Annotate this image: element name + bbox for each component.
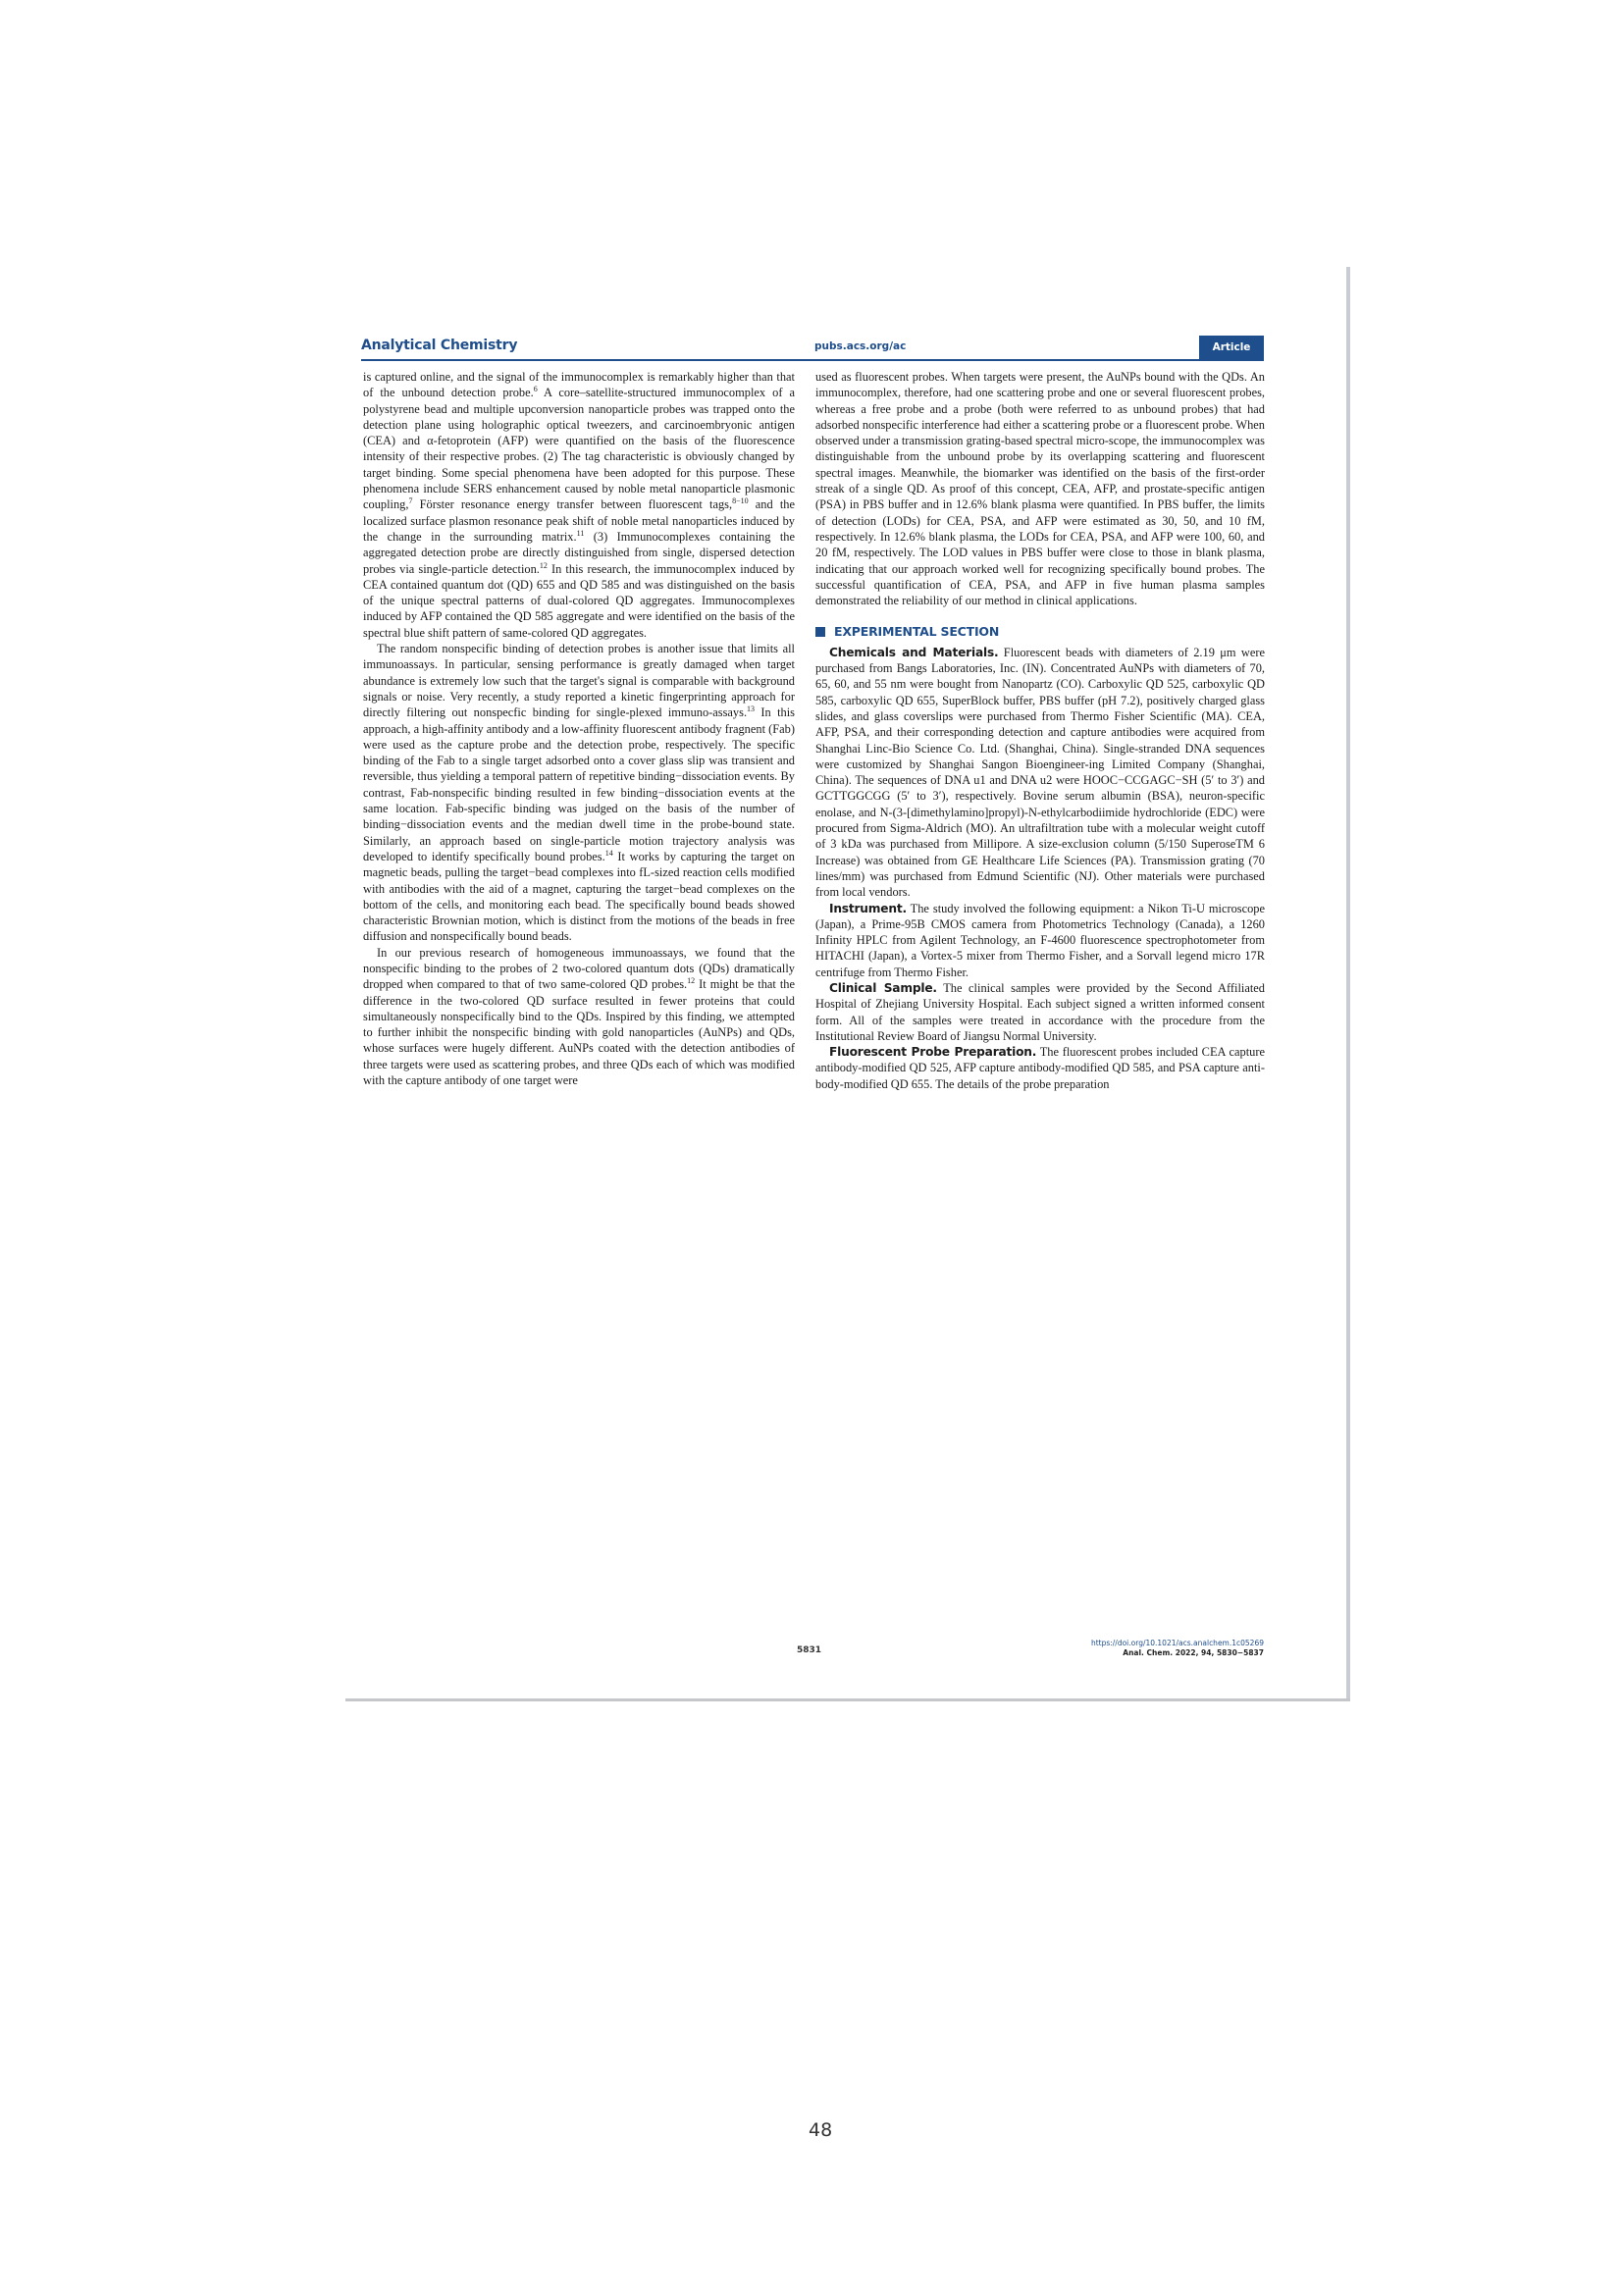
page-frame-right-edge [1346, 267, 1350, 1701]
paragraph: used as fluorescent probes. When targets… [815, 369, 1265, 608]
article-type-badge: Article [1199, 336, 1264, 359]
paragraph: In our previous research of homogeneous … [363, 945, 795, 1089]
left-column: is captured online, and the signal of th… [363, 369, 795, 1088]
subsection-title: Instrument. [829, 902, 907, 915]
paragraph: is captured online, and the signal of th… [363, 369, 795, 641]
paragraph: The random nonspecific binding of detect… [363, 641, 795, 945]
doi-link[interactable]: https://doi.org/10.1021/acs.analchem.1c0… [1091, 1639, 1264, 1648]
citation-ref[interactable]: 12 [687, 976, 695, 985]
section-heading: EXPERIMENTAL SECTION [815, 624, 1265, 640]
paragraph-probe-preparation: Fluorescent Probe Preparation. The fluor… [815, 1044, 1265, 1092]
scan-page-number: 48 [809, 2119, 832, 2141]
page-frame-bottom-edge [345, 1698, 1350, 1701]
journal-page-number: 5831 [797, 1645, 821, 1655]
journal-header: Analytical Chemistry pubs.acs.org/ac Art… [361, 336, 1264, 361]
citation-ref[interactable]: 14 [605, 849, 613, 858]
subsection-title: Clinical Sample. [829, 981, 937, 995]
citation-ref[interactable]: 12 [540, 561, 548, 570]
citation-text: Anal. Chem. 2022, 94, 5830−5837 [1091, 1648, 1264, 1658]
paragraph-instrument: Instrument. The study involved the follo… [815, 901, 1265, 980]
subsection-title: Chemicals and Materials. [829, 646, 998, 659]
citation-ref[interactable]: 13 [747, 704, 755, 713]
citation-ref[interactable]: 8−10 [732, 496, 749, 505]
section-square-icon [815, 627, 825, 637]
paragraph-clinical-sample: Clinical Sample. The clinical samples we… [815, 980, 1265, 1044]
journal-url[interactable]: pubs.acs.org/ac [814, 340, 906, 352]
footer-citation: https://doi.org/10.1021/acs.analchem.1c0… [1091, 1639, 1264, 1658]
journal-name: Analytical Chemistry [361, 338, 517, 353]
subsection-title: Fluorescent Probe Preparation. [829, 1045, 1036, 1059]
paragraph-chemicals: Chemicals and Materials. Fluorescent bea… [815, 645, 1265, 901]
right-column: used as fluorescent probes. When targets… [815, 369, 1265, 1092]
